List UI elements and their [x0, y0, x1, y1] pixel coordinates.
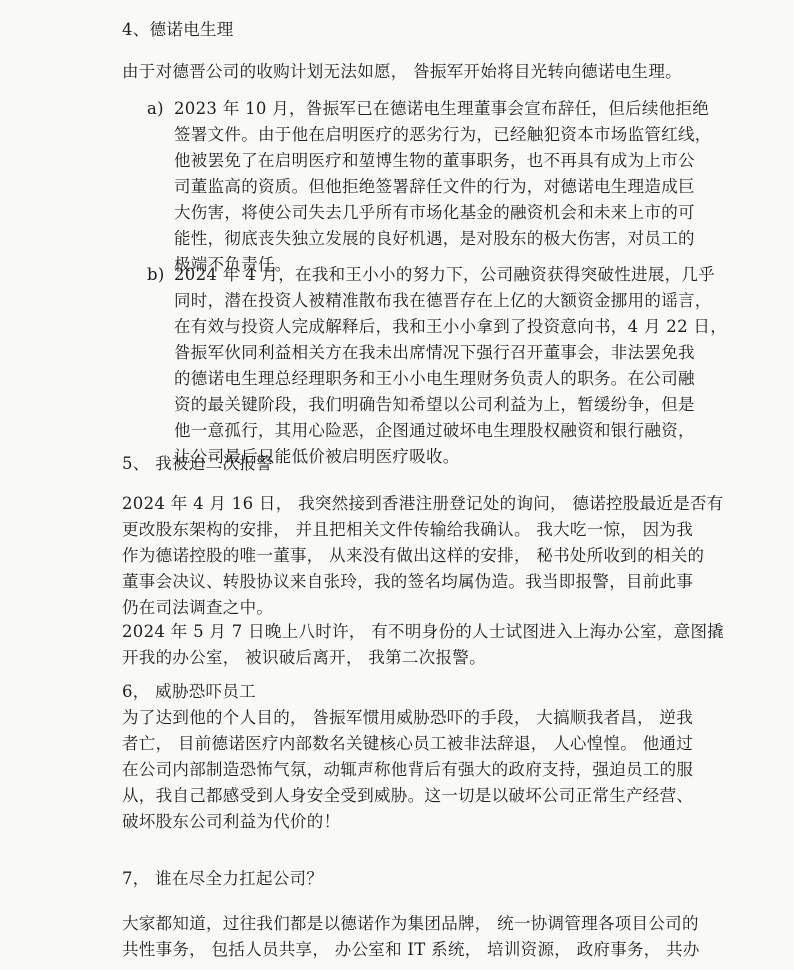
- item-a-label: a): [147, 96, 164, 122]
- text-line: 作为德诺控股的唯一董事， 从来没有做出这样的安排， 秘书处所收到的相关的: [122, 543, 724, 569]
- section-5-heading: 5、 我被迫二次报警: [122, 451, 273, 477]
- text-line: 破坏股东公司利益为代价的！: [122, 809, 693, 835]
- text-line: 签署文件。由于他在启明医疗的恶劣行为，已经触犯资本市场监管红线，: [174, 122, 712, 148]
- section-5-paragraph-1: 2024 年 4 月 16 日， 我突然接到香港注册登记处的询问， 德诺控股最近…: [122, 491, 724, 621]
- section-6-paragraph: 为了达到他的个人目的， 昝振军惯用威胁恐吓的手段， 大搞顺我者昌， 逆我 者亡，…: [122, 705, 693, 835]
- section-7-paragraph: 大家都知道，过往我们都是以德诺作为集团品牌， 统一协调管理各项目公司的 共性事务…: [122, 911, 700, 963]
- text-line: 在有效与投资人完成解释后，我和王小小拿到了投资意向书，4 月 22 日，: [174, 314, 727, 340]
- text-line: 同时，潜在投资人被精准散布我在德晋存在上亿的大额资金挪用的谣言，: [174, 288, 727, 314]
- text-line: 他被罢免了在启明医疗和堃博生物的董事职务，也不再具有成为上市公: [174, 148, 712, 174]
- document-page: 4、德诺电生理 由于对德晋公司的收购计划无法如愿， 昝振军开始将目光转向德诺电生…: [0, 0, 794, 970]
- text-line: 者亡， 目前德诺医疗内部数名关键核心员工被非法辞退， 人心惶惶。 他通过: [122, 731, 693, 757]
- text-line: 2024 年 4 月，在我和王小小的努力下，公司融资获得突破性进展，几乎: [174, 262, 727, 288]
- text-line: 资的最关键阶段，我们明确告知希望以公司利益为上，暂缓纷争，但是: [174, 392, 727, 418]
- text-line: 大伤害，将使公司失去几乎所有市场化基金的融资机会和未来上市的可: [174, 200, 712, 226]
- text-line: 大家都知道，过往我们都是以德诺作为集团品牌， 统一协调管理各项目公司的: [122, 911, 700, 937]
- section-4-heading: 4、德诺电生理: [122, 17, 234, 43]
- section-5-paragraph-2: 2024 年 5 月 7 日晚上八时许， 有不明身份的人士试图进入上海办公室，意…: [122, 619, 724, 671]
- text-line: 他一意孤行，其用心险恶，企图通过破坏电生理股权融资和银行融资，: [174, 418, 727, 444]
- item-b-text: 2024 年 4 月，在我和王小小的努力下，公司融资获得突破性进展，几乎 同时，…: [174, 262, 727, 470]
- text-line: 董事会决议、转股协议来自张玲，我的签名均属伪造。我当即报警，目前此事: [122, 569, 724, 595]
- text-line: 2024 年 5 月 7 日晚上八时许， 有不明身份的人士试图进入上海办公室，意…: [122, 619, 724, 645]
- text-line: 2023 年 10 月，昝振军已在德诺电生理董事会宣布辞任，但后续他拒绝: [174, 96, 712, 122]
- text-line: 司董监高的资质。但他拒绝签署辞任文件的行为，对德诺电生理造成巨: [174, 174, 712, 200]
- text-line: 共性事务， 包括人员共享， 办公室和 IT 系统， 培训资源， 政府事务， 共办: [122, 937, 700, 963]
- text-line: 昝振军伙同利益相关方在我未出席情况下强行召开董事会，非法罢免我: [174, 340, 727, 366]
- text-line: 仍在司法调查之中。: [122, 595, 724, 621]
- text-line: 在公司内部制造恐怖气氛，动辄声称他背后有强大的政府支持，强迫员工的服: [122, 757, 693, 783]
- text-line: 的德诺电生理总经理职务和王小小电生理财务负责人的职务。在公司融: [174, 366, 727, 392]
- text-line: 更改股东架构的安排， 并且把相关文件传输给我确认。 我大吃一惊， 因为我: [122, 517, 724, 543]
- section-4-intro: 由于对德晋公司的收购计划无法如愿， 昝振军开始将目光转向德诺电生理。: [122, 59, 682, 85]
- text-line: 开我的办公室， 被识破后离开， 我第二次报警。: [122, 645, 724, 671]
- section-6-heading: 6， 威胁恐吓员工: [122, 679, 256, 705]
- section-7-heading: 7， 谁在尽全力扛起公司？: [122, 866, 323, 892]
- text-line: 能性，彻底丧失独立发展的良好机遇，是对股东的极大伤害，对员工的: [174, 226, 712, 252]
- text-line: 2024 年 4 月 16 日， 我突然接到香港注册登记处的询问， 德诺控股最近…: [122, 491, 724, 517]
- text-line: 为了达到他的个人目的， 昝振军惯用威胁恐吓的手段， 大搞顺我者昌， 逆我: [122, 705, 693, 731]
- item-a-text: 2023 年 10 月，昝振军已在德诺电生理董事会宣布辞任，但后续他拒绝 签署文…: [174, 96, 712, 278]
- item-b-label: b): [147, 262, 165, 288]
- text-line: 从，我自己都感受到人身安全受到威胁。这一切是以破坏公司正常生产经营、: [122, 783, 693, 809]
